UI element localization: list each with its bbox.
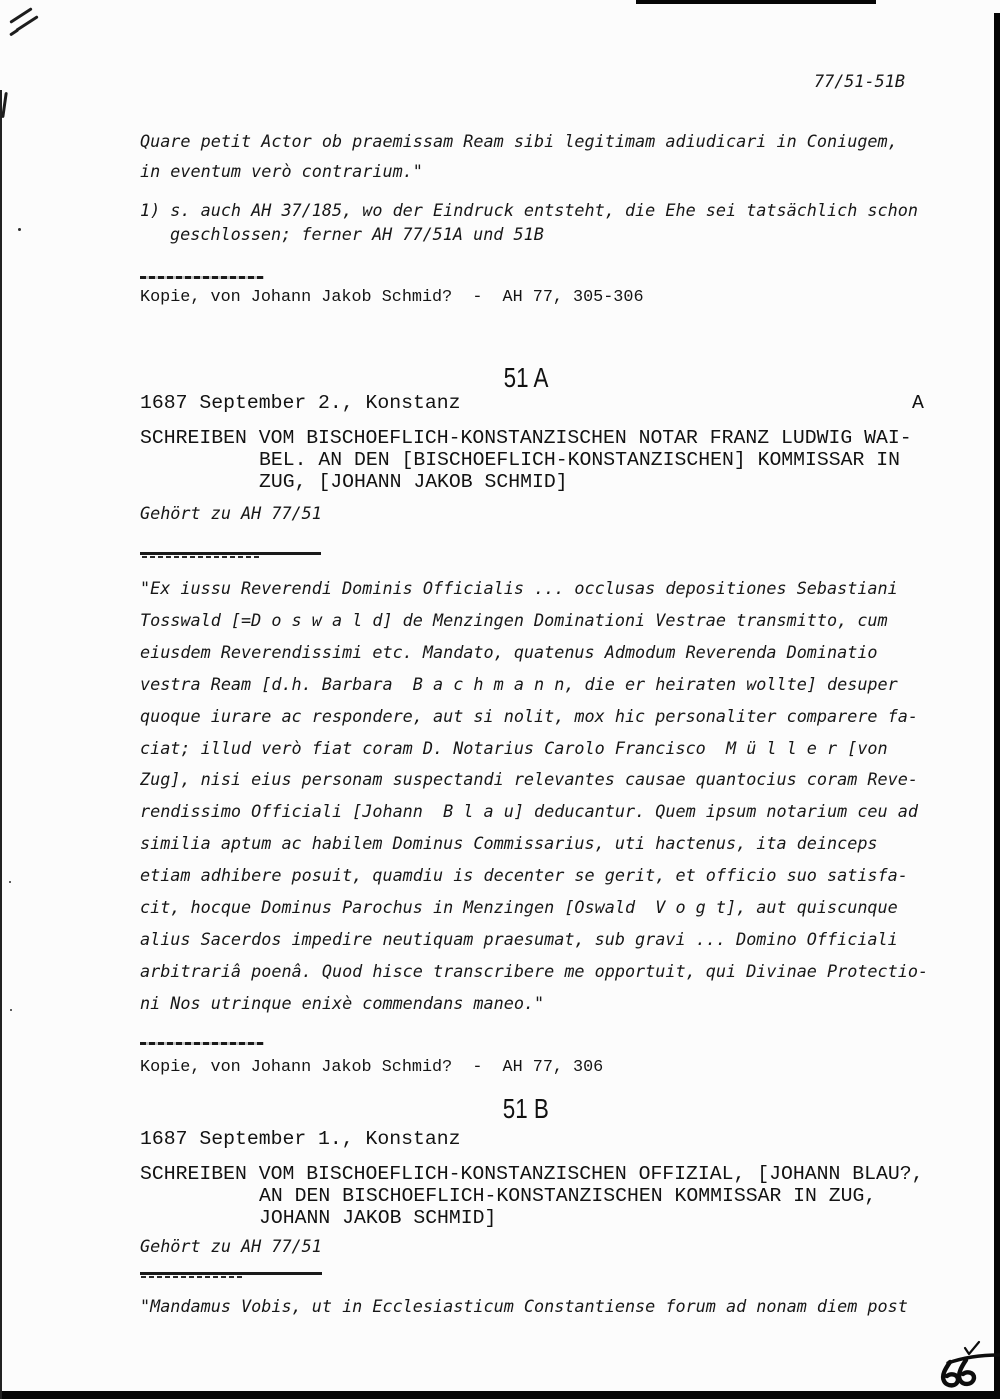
quote-line: arbitrariâ poenâ. Quod hisce transcriber… — [140, 956, 928, 988]
opening-quote-line: Quare petit Actor ob praemissam Ream sib… — [140, 126, 898, 156]
title-line: AN DEN BISCHOEFLICH-KONSTANZISCHEN KOMMI… — [140, 1186, 923, 1208]
title-block-b: SCHREIBEN VOM BISCHOEFLICH-KONSTANZISCHE… — [140, 1164, 923, 1229]
quote-line: quoque iurare ac respondere, aut si noli… — [140, 701, 928, 733]
title-line: SCHREIBEN VOM BISCHOEFLICH-KONSTANZISCHE… — [140, 428, 912, 450]
ink-speck — [9, 881, 11, 883]
title-line: BEL. AN DEN [BISCHOEFLICH-KONSTANZISCHEN… — [140, 450, 912, 472]
title-block-a: SCHREIBEN VOM BISCHOEFLICH-KONSTANZISCHE… — [140, 428, 912, 493]
entry-heading-b-text: 51 B — [503, 1094, 549, 1124]
handwritten-annotation: 55 ✓ — [928, 1331, 1000, 1393]
scan-edge-right — [994, 13, 1000, 1399]
quote-line: ni Nos utrinque enixè commendans maneo." — [140, 988, 928, 1020]
ink-speck — [10, 1009, 12, 1011]
quote-line: alius Sacerdos impedire neutiquam praesu… — [140, 924, 928, 956]
quote-a: "Ex iussu Reverendi Dominis Officialis .… — [140, 573, 928, 1020]
divider — [140, 1042, 264, 1045]
ink-speck — [18, 228, 21, 231]
entry-heading-b: 51 B — [140, 1094, 912, 1124]
handwritten-five — [959, 1360, 974, 1384]
opening-quote-line: in eventum verò contrarium." — [140, 156, 898, 186]
quote-line: "Ex iussu Reverendi Dominis Officialis .… — [140, 573, 928, 605]
quote-line: eiusdem Reverendissimi etc. Mandato, qua… — [140, 637, 928, 669]
date-line-b: 1687 September 1., Konstanz — [140, 1129, 461, 1151]
footnote: 1) s. auch AH 37/185, wo der Eindruck en… — [140, 198, 918, 247]
quote-line: etiam adhibere posuit, quamdiu is decent… — [140, 860, 928, 892]
pen-mark — [1, 92, 7, 118]
checkmark-icon — [965, 1342, 979, 1354]
copy-note-b: Kopie, von Johann Jakob Schmid? - AH 77,… — [140, 1058, 603, 1078]
handwritten-flourish — [948, 1355, 999, 1363]
belongs-note-b: Gehört zu AH 77/51 — [140, 1236, 322, 1256]
title-line: SCHREIBEN VOM BISCHOEFLICH-KONSTANZISCHE… — [140, 1164, 923, 1186]
entry-heading-a-text: 51 A — [504, 363, 549, 393]
title-line: JOHANN JAKOB SCHMID] — [140, 1208, 923, 1230]
document-page: 77/51-51B Quare petit Actor ob praemissa… — [0, 0, 1000, 1399]
quote-line: Zug], nisi eius personam suspectandi rel… — [140, 764, 928, 796]
marginal-letter-a: A — [912, 393, 924, 415]
divider — [140, 1272, 322, 1275]
footnote-line: geschlossen; ferner AH 77/51A und 51B — [140, 222, 918, 246]
divider — [140, 552, 321, 555]
opening-quote: Quare petit Actor ob praemissam Ream sib… — [140, 126, 898, 186]
closing-quote-line: "Mandamus Vobis, ut in Ecclesiasticum Co… — [140, 1296, 908, 1316]
quote-line: ciat; illud verò fiat coram D. Notarius … — [140, 733, 928, 765]
archive-reference: 77/51-51B — [814, 71, 905, 91]
scan-edge-top — [636, 0, 876, 4]
belongs-note-a: Gehört zu AH 77/51 — [140, 503, 322, 523]
quote-line: vestra Ream [d.h. Barbara B a c h m a n … — [140, 669, 928, 701]
date-line-a: 1687 September 2., Konstanz — [140, 393, 461, 415]
pen-mark — [9, 28, 19, 36]
footnote-line: 1) s. auch AH 37/185, wo der Eindruck en… — [140, 198, 918, 222]
scan-edge-left — [0, 90, 2, 1399]
quote-line: Tosswald [=D o s w a l d] de Menzingen D… — [140, 605, 928, 637]
divider — [142, 556, 260, 558]
title-line: ZUG, [JOHANN JAKOB SCHMID] — [140, 472, 912, 494]
copy-note-a: Kopie, von Johann Jakob Schmid? - AH 77,… — [140, 288, 644, 308]
divider — [140, 276, 264, 279]
quote-line: similia aptum ac habilem Dominus Commiss… — [140, 828, 928, 860]
quote-line: rendissimo Officiali [Johann B l a u] de… — [140, 796, 928, 828]
scan-edge-bottom — [0, 1391, 1000, 1399]
divider — [141, 1276, 245, 1278]
entry-heading-a: 51 A — [140, 363, 912, 393]
handwritten-five — [943, 1362, 958, 1385]
quote-line: cit, hocque Dominus Parochus in Menzinge… — [140, 892, 928, 924]
